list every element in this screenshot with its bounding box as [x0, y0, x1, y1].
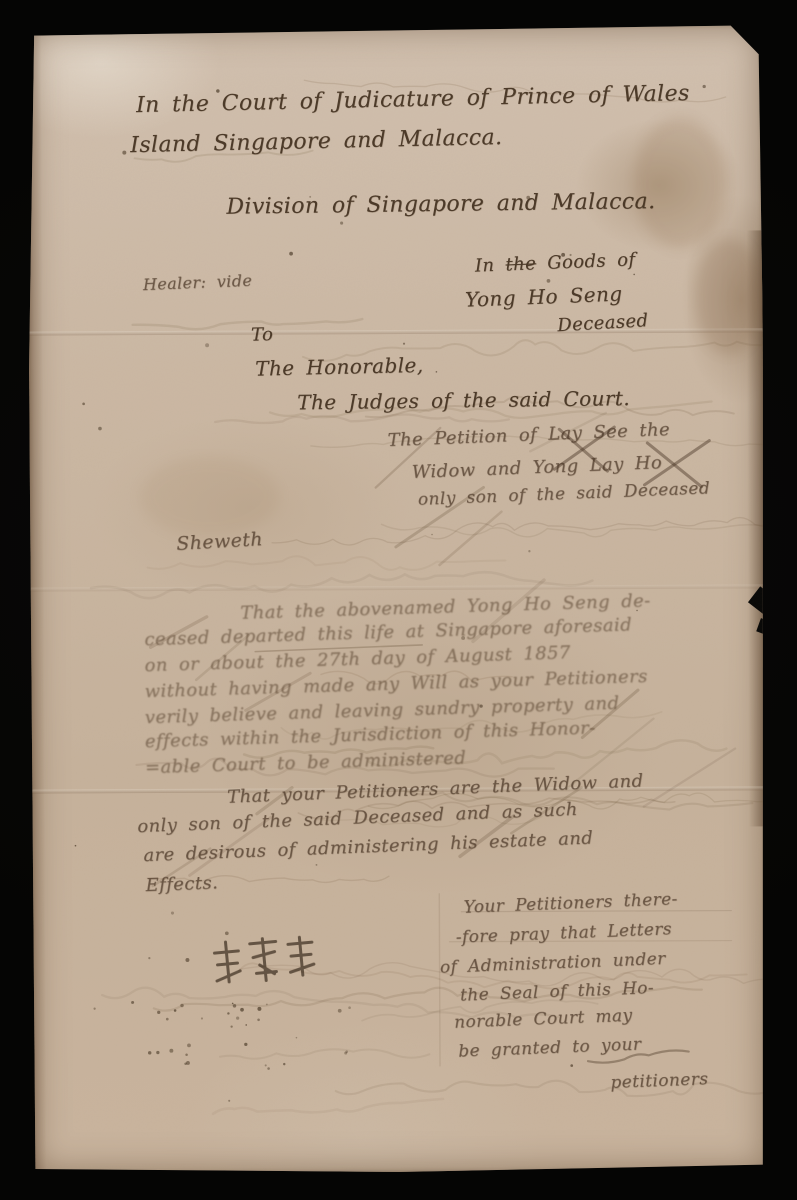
sheweth-label: Sheweth — [176, 528, 264, 555]
prayer-line: petitioners — [610, 1069, 709, 1093]
paper-left-edge-shadow — [28, 28, 47, 1174]
margin-note: Healer: vide — [143, 271, 253, 294]
paper-right-edge-shadow — [746, 231, 765, 827]
petition-of-line-3: only son of the said Deceased — [418, 478, 711, 509]
death-paragraph-line: =able Court to be administered — [145, 747, 467, 778]
court-heading-line-1: In the Court of Judicature of Prince of … — [136, 81, 690, 118]
prayer-line: Your Petitioners there- — [463, 889, 678, 917]
address-to: To — [251, 324, 274, 345]
court-heading-line-2: Island Singapore and Malacca. — [130, 125, 503, 158]
address-honorable: The Honorable, — [255, 353, 424, 381]
prayer-line: of Administration under — [440, 949, 666, 978]
prayer-line: norable Court may — [454, 1006, 633, 1033]
prayer-line: be granted to your — [458, 1035, 642, 1062]
petition-of-line-2: Widow and Yong Lay Ho — [411, 452, 662, 483]
goods-line-pre: In — [475, 254, 506, 276]
deceased-name: Yong Ho Seng — [465, 282, 623, 312]
chinese-inscription — [207, 928, 322, 999]
address-judges: The Judges of the said Court. — [297, 386, 630, 414]
petitioners-paragraph-line: Effects. — [145, 872, 218, 896]
division-heading: Division of Singapore and Malacca. — [226, 189, 655, 220]
prayer-line: -fore pray that Letters — [455, 919, 672, 947]
fold-crease — [30, 584, 764, 591]
goods-line-post: Goods of — [536, 249, 636, 274]
petitioners-paragraph-line: That your Petitioners are the Widow and — [227, 770, 644, 807]
goods-line-struck-word: the — [505, 253, 536, 275]
prayer-line: the Seal of this Ho- — [460, 978, 655, 1006]
goods-line: In the Goods of — [475, 249, 636, 276]
petition-of-line-1: The Petition of Lay See the — [387, 419, 670, 451]
manuscript-page: In the Court of Judicature of Prince of … — [28, 24, 767, 1173]
fold-crease — [29, 328, 763, 335]
scan-background: In the Court of Judicature of Prince of … — [0, 0, 797, 1200]
